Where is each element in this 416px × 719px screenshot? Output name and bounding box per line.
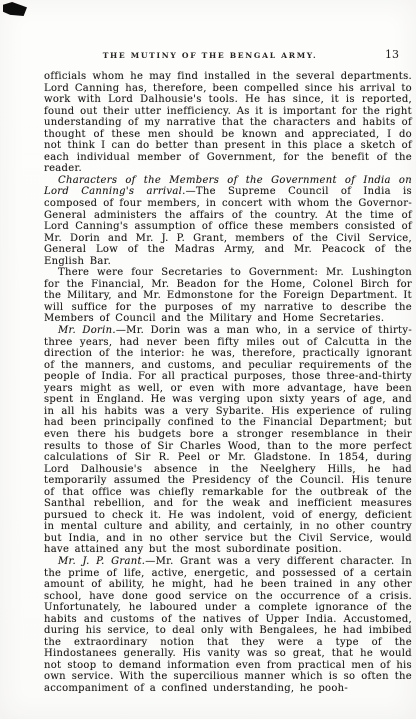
paragraph: Mr. J. P. Grant.—Mr. Grant was a very di… <box>44 556 412 695</box>
paragraph: Mr. Dorin.—Mr. Dorin was a man who, in a… <box>44 325 412 556</box>
scanned-book-page: THE MUTINY OF THE BENGAL ARMY. 13 offici… <box>0 0 416 719</box>
italic-run: Mr. Dorin. <box>58 325 116 336</box>
italic-run: Mr. J. P. Grant. <box>58 556 145 567</box>
text-run: —Mr. Grant was a very different characte… <box>44 556 412 694</box>
running-header: THE MUTINY OF THE BENGAL ARMY. 13 <box>44 51 412 65</box>
text-run: There were four Secretaries to Governmen… <box>44 267 412 324</box>
text-run: officials whom he may find installed in … <box>44 71 412 174</box>
page-body: officials whom he may find installed in … <box>44 71 412 695</box>
text-run: —Mr. Dorin was a man who, in a service o… <box>44 325 412 555</box>
paragraph: There were four Secretaries to Governmen… <box>44 267 412 325</box>
text-run: —The Supreme Council of India is compose… <box>44 186 412 266</box>
running-title: THE MUTINY OF THE BENGAL ARMY. <box>44 51 412 60</box>
paragraph: officials whom he may find installed in … <box>44 71 412 175</box>
page-number: 13 <box>385 48 399 61</box>
ink-blot-artifact <box>3 2 27 16</box>
paragraph: Characters of the Members of the Governm… <box>44 175 412 267</box>
